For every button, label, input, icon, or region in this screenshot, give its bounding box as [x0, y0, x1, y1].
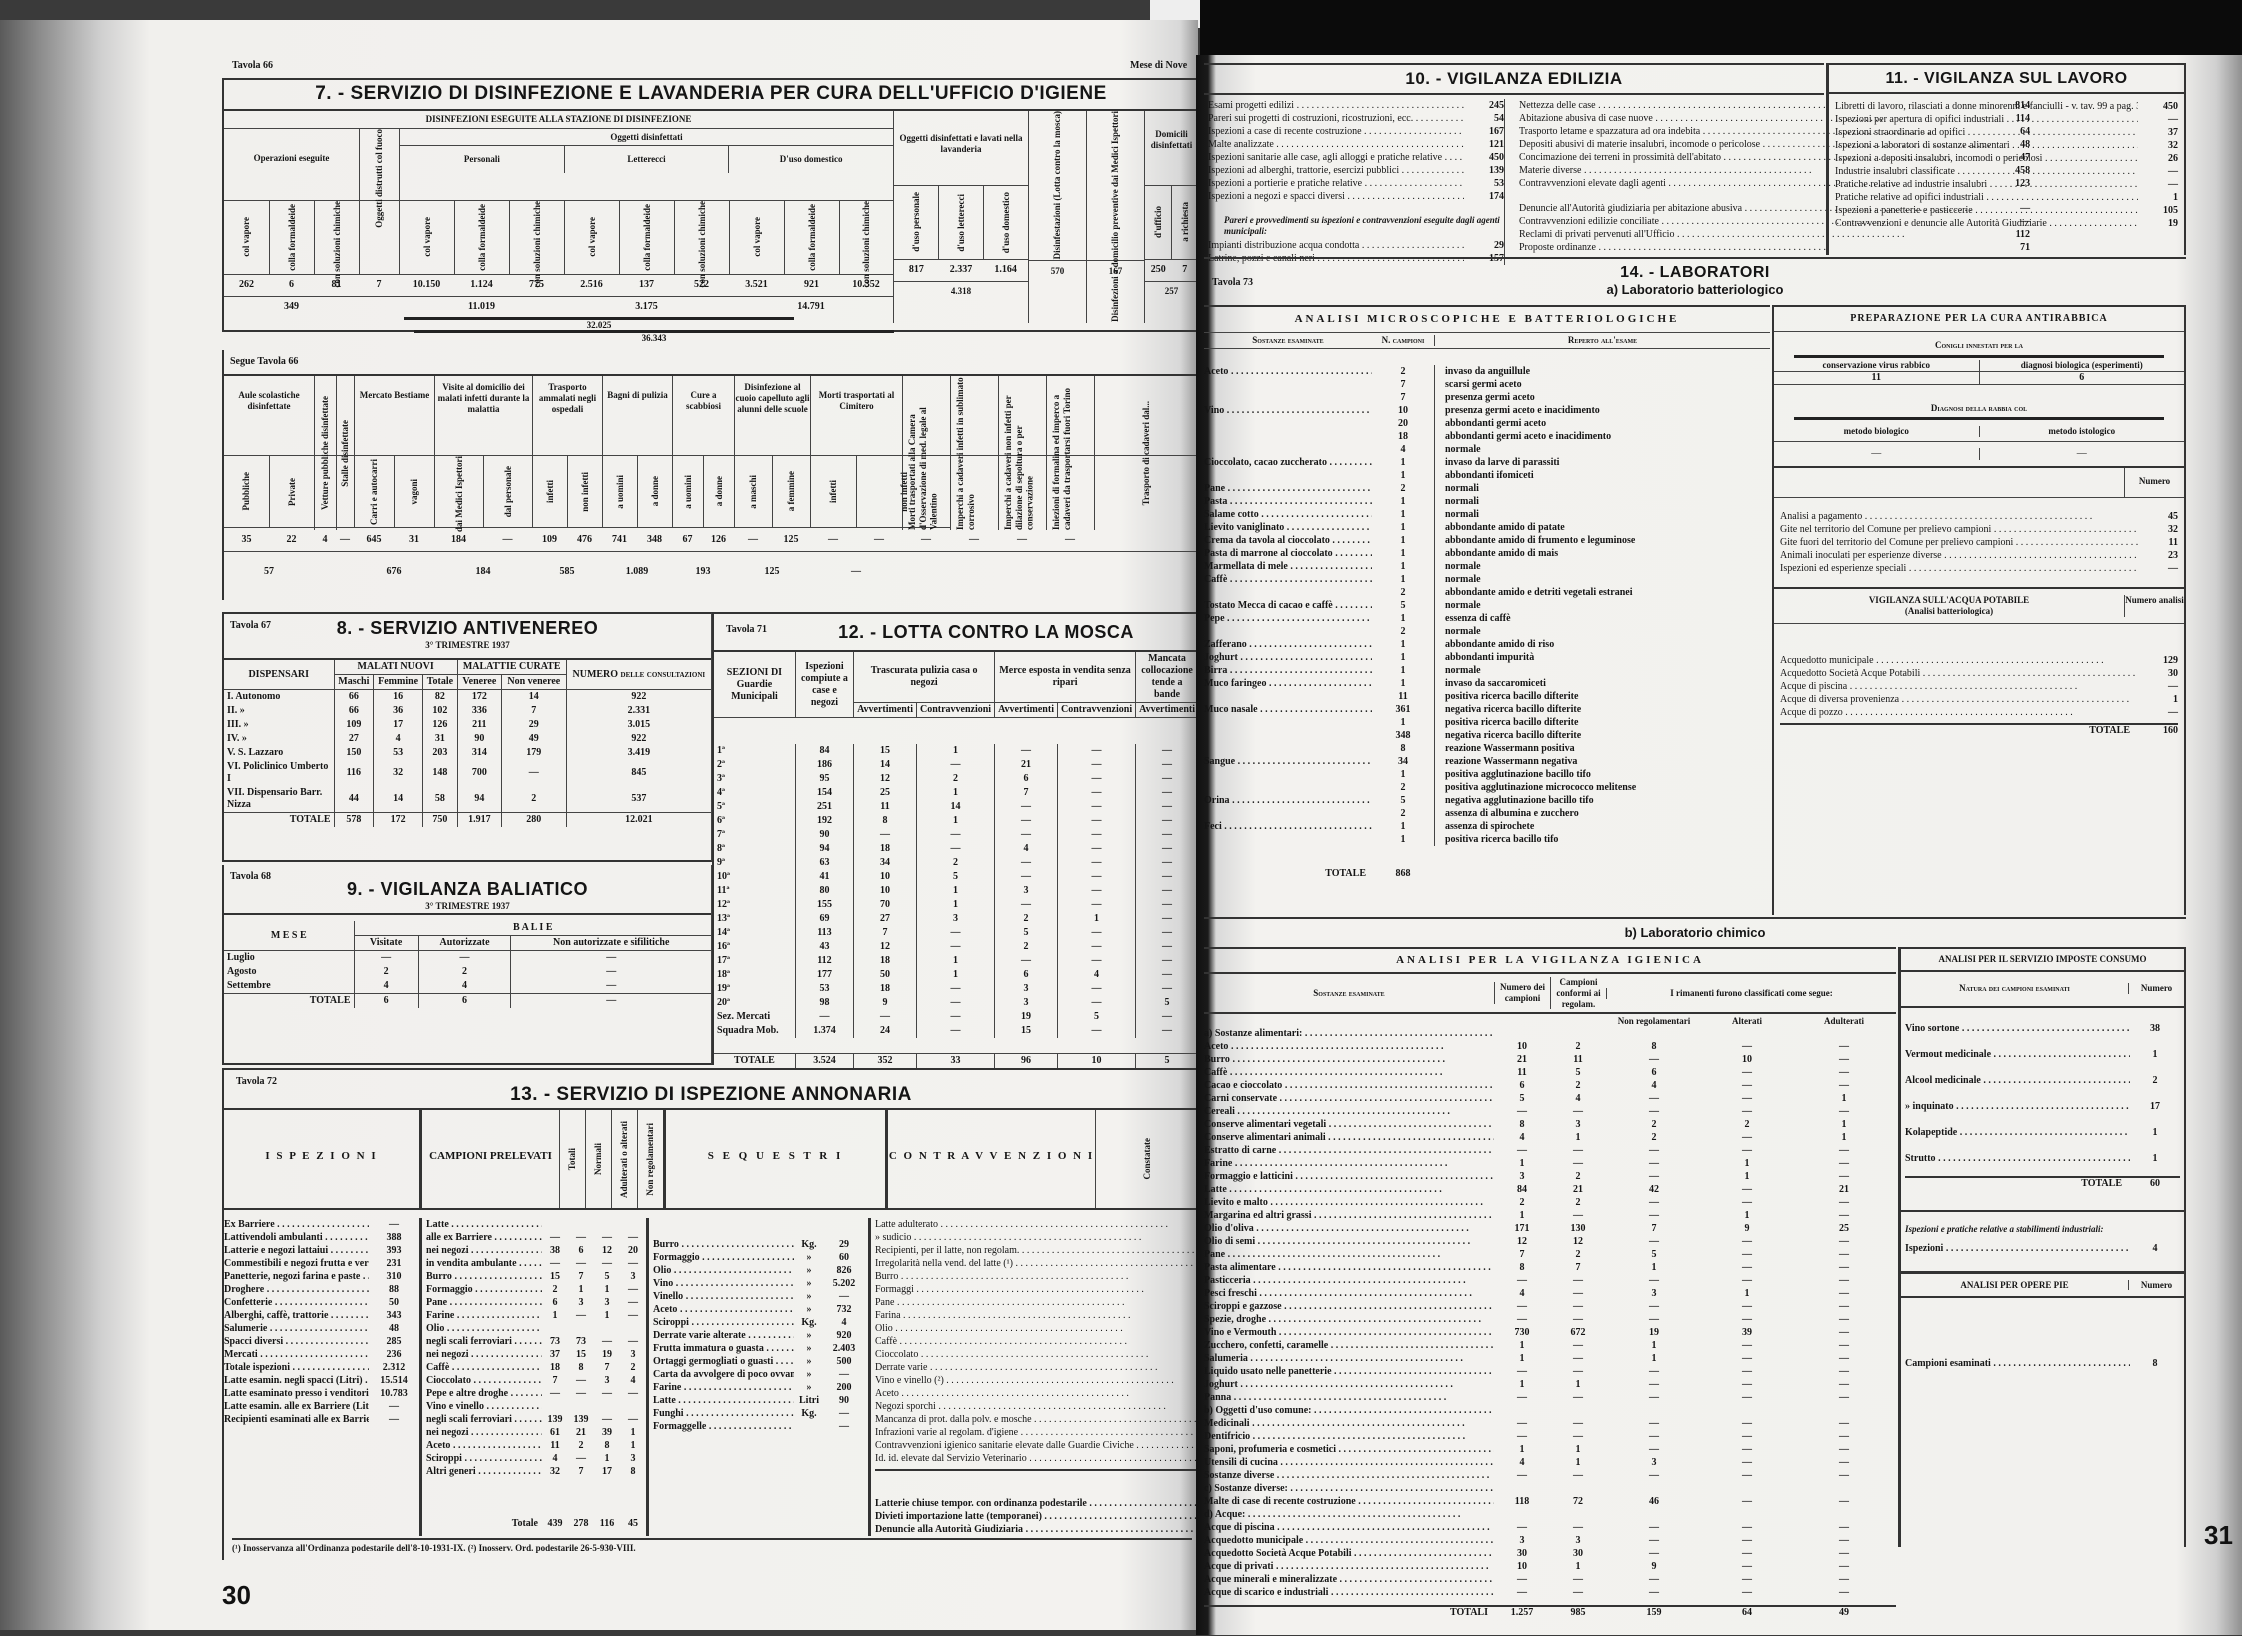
subtotal: 4.318: [894, 282, 1028, 297]
cell: —: [854, 828, 917, 842]
cell: 348: [637, 534, 672, 546]
cell: 11: [542, 1439, 568, 1452]
cell: 1: [1550, 1443, 1606, 1456]
cell: 18: [1372, 430, 1434, 443]
item-label: Ispezioni a laboratori di sostanze alime…: [1835, 139, 2138, 152]
cell: 439: [542, 1518, 568, 1530]
table-row: Sciroppi e gazzose—————: [1204, 1300, 1896, 1313]
cell: —: [1136, 828, 1198, 842]
cell: TOTALE: [1905, 1178, 2130, 1190]
cell: normale: [1434, 599, 1770, 612]
cell: Mercati: [224, 1348, 369, 1361]
cell: » inquinato: [1905, 1094, 2130, 1120]
cell: 50: [369, 1296, 419, 1309]
table-row: LatteLitri90: [653, 1394, 864, 1407]
cell: Olio: [426, 1322, 542, 1335]
col-metodo-biologico: metodo biologico: [1774, 426, 1979, 437]
cell: Zafferano: [1204, 638, 1372, 651]
cell: Latterie e negozi lattaiui: [224, 1244, 369, 1257]
cell: —: [1136, 870, 1198, 884]
cell: 1: [1372, 651, 1434, 664]
cell: 2: [1494, 1196, 1550, 1209]
cell: —: [1702, 1365, 1792, 1378]
cell: 700: [457, 760, 501, 786]
cell: 7: [1172, 264, 1199, 276]
cell: [568, 1322, 594, 1335]
item-label: Pareri sui progetti di costruzioni, rico…: [1208, 112, 1464, 125]
cell: 137: [619, 279, 674, 291]
list-item: Ispezioni sanitarie alle case, agli allo…: [1208, 151, 1504, 164]
cell: —: [1494, 1274, 1550, 1287]
cell: 314: [457, 746, 501, 760]
cell: —: [568, 1309, 594, 1322]
table-row: Conserve alimentari animali412—1: [1204, 1131, 1896, 1144]
cell: Vino e Vermouth: [1204, 1326, 1494, 1339]
cell: —: [568, 1387, 594, 1400]
table-row: 4ª1542517——: [714, 786, 1198, 800]
cell: —: [734, 534, 772, 546]
cell: 7: [501, 704, 566, 718]
sub: non infetti: [899, 472, 910, 512]
table-row: Totale ispezioni2.312: [224, 1361, 419, 1374]
cell: 21: [995, 758, 1058, 772]
cell: 17ª: [714, 954, 795, 968]
cell: —: [1606, 1053, 1702, 1066]
cell: 250: [1145, 264, 1172, 276]
cell: 2: [1372, 807, 1434, 820]
list-item: Ispezioni a negozi e spacci diversi174: [1208, 190, 1504, 203]
cell: 537: [566, 786, 711, 813]
cell: [794, 1420, 824, 1433]
cell: —: [1057, 758, 1135, 772]
cell: »: [794, 1381, 824, 1394]
cell: 2.516: [564, 279, 619, 291]
cell: abbondante amido e detriti vegetali estr…: [1434, 586, 1770, 599]
sub-col-vapore: col vapore: [587, 217, 598, 257]
col-diagnosi-biologica: diagnosi biologica (esperimenti): [1979, 360, 2185, 371]
cell: 1: [1372, 469, 1434, 482]
cell: 2.403: [824, 1342, 864, 1355]
cell: Spezie, droghe: [1204, 1313, 1494, 1326]
cell: —: [1606, 1469, 1702, 1482]
cell: —: [1550, 1144, 1606, 1157]
cell: —: [995, 800, 1058, 814]
header-row: I S P E Z I O N I CAMPIONI PRELEVATI Tot…: [224, 1110, 1198, 1210]
cell: [1792, 1482, 1896, 1495]
cell: —: [1057, 954, 1135, 968]
cell: positiva agglutinazione bacillo tifo: [1434, 768, 1770, 781]
cell: Conserve alimentari animali: [1204, 1131, 1494, 1144]
cell: 4: [1494, 1287, 1550, 1300]
cell: 5: [1057, 1010, 1135, 1024]
cell: 18: [854, 954, 917, 968]
cell: —: [369, 1413, 419, 1426]
item-value: 174: [1464, 190, 1504, 203]
cell: Latte esamin. alle ex Barriere (Litri): [224, 1400, 369, 1413]
cell: 5: [1372, 794, 1434, 807]
table-10-edilizia: 10. - VIGILANZA EDILIZIA Esami progetti …: [1204, 63, 1824, 255]
cell: normali: [1434, 495, 1770, 508]
table-row: 8reazione Wassermann positiva: [1204, 742, 1770, 755]
header-row: Aule scolastiche disinfettate Vetture pu…: [224, 374, 1198, 456]
cell: 32: [374, 760, 423, 786]
table-row: Carni conservate54——1: [1204, 1092, 1896, 1105]
cell: —: [1702, 1339, 1792, 1352]
table-9-title: 9. - VIGILANZA BALIATICO: [224, 865, 711, 901]
cell: 7: [854, 926, 917, 940]
table-row: Muco nasale361negativa ricerca bacillo d…: [1204, 703, 1770, 716]
month-label: Mese di Nove: [1130, 60, 1187, 72]
cell: —: [1792, 1040, 1896, 1053]
cell: 1: [594, 1452, 620, 1465]
cell: 72: [1550, 1495, 1606, 1508]
cell: 741: [602, 534, 637, 546]
cell: »: [794, 1303, 824, 1316]
cell: scarsi germi aceto: [1434, 378, 1770, 391]
cell: 1: [1372, 573, 1434, 586]
sub-soluzioni: con soluzioni chimiche: [697, 201, 708, 288]
cell: 1: [1606, 1339, 1702, 1352]
table-row: Margarina ed altri grassi1——1—: [1204, 1209, 1896, 1222]
item-value: 53: [1464, 177, 1504, 190]
item-label: Ispezioni a case di recente costruzione: [1208, 125, 1464, 138]
cell: —: [1702, 1586, 1792, 1599]
sub-col-vapore: col vapore: [241, 217, 252, 257]
table-row: 4normale: [1204, 443, 1770, 456]
cell: TOTALE: [714, 1054, 795, 1069]
cell: 2: [1372, 365, 1434, 378]
sub: infetti: [545, 480, 556, 503]
cell: Cioccolato, cacao zuccherato: [1204, 456, 1372, 469]
cell: —: [1792, 1586, 1896, 1599]
cell: 4: [1057, 968, 1135, 982]
item-value: 54: [1464, 112, 1504, 125]
cell: abbondante amido di frumento e leguminos…: [1434, 534, 1770, 547]
table-12-mosca: Tavola 71 12. - LOTTA CONTRO LA MOSCA SE…: [712, 612, 1198, 1065]
cell: —: [1792, 1547, 1896, 1560]
table-row: nei negozi6121391: [426, 1426, 646, 1439]
table-row: 1positiva ricerca bacillo tifo: [1204, 833, 1770, 846]
cell: abbondanti germi aceto: [1434, 417, 1770, 430]
cell: reazione Wassermann negativa: [1434, 755, 1770, 768]
cell: 148: [423, 760, 458, 786]
cell: 9: [1702, 1222, 1792, 1235]
list-item: Libretti di lavoro, rilasciati a donne m…: [1835, 100, 2178, 113]
cell: 155: [795, 898, 853, 912]
cell: negativa agglutinazione bacillo tifo: [1434, 794, 1770, 807]
cell: Acquedotto municipale: [1204, 1534, 1494, 1547]
sub: a uomini: [683, 475, 694, 509]
cell: —: [568, 1374, 594, 1387]
cell: alle ex Barriere: [426, 1231, 542, 1244]
table-row: 7ª90—————: [714, 828, 1198, 842]
cell: 10: [1494, 1040, 1550, 1053]
cell: Pane: [426, 1296, 542, 1309]
cell: nei negozi: [426, 1348, 542, 1361]
cell: 1: [1372, 768, 1434, 781]
cell: —: [1136, 898, 1198, 912]
cell: Pasta alimentare: [1204, 1261, 1494, 1274]
cell: 61: [542, 1426, 568, 1439]
item-value: 167: [1464, 125, 1504, 138]
cell: 11: [1550, 1053, 1606, 1066]
item-value: 45: [2138, 510, 2178, 523]
table-row: Settembre44—: [224, 979, 711, 994]
cell: 3: [620, 1452, 646, 1465]
cell: 5: [1136, 1054, 1198, 1069]
cell: —: [1792, 1534, 1896, 1547]
table-row: 10ª41105———: [714, 870, 1198, 884]
cell: —: [1606, 1534, 1702, 1547]
cell: [1702, 1482, 1792, 1495]
sub-formaldeide: colla formaldeide: [287, 204, 298, 271]
cell: 36: [374, 704, 423, 718]
header-lavanderia: Oggetti disinfettati e lavati nella lava…: [894, 111, 1028, 186]
cell: 12: [594, 1244, 620, 1257]
cell: reazione Wassermann positiva: [1434, 742, 1770, 755]
cell: 3: [1494, 1534, 1550, 1547]
cell: —: [1702, 1534, 1792, 1547]
cell: —: [1550, 1157, 1606, 1170]
cell: 310: [369, 1270, 419, 1283]
table-row: Vino e vinello: [426, 1400, 646, 1413]
table-row: Formaggio»60: [653, 1251, 864, 1264]
total: 585: [532, 566, 602, 578]
cell: —: [1702, 1573, 1792, 1586]
cell: [1494, 1027, 1550, 1040]
tavola-label: Tavola 67: [230, 620, 271, 632]
cell: Acque minerali e mineralizzate: [1204, 1573, 1494, 1586]
sub: dal personale: [503, 466, 514, 517]
table-row: Formaggio e latticini32—1—: [1204, 1170, 1896, 1183]
header: Imperchi a cadaveri non infetti per dila…: [1003, 376, 1043, 530]
cell: —: [620, 1231, 646, 1244]
cell: Litri: [794, 1394, 824, 1407]
cell: 1: [2130, 1042, 2180, 1068]
cell: normali: [1434, 508, 1770, 521]
cell: Farine: [1204, 1157, 1494, 1170]
cell: Kg.: [794, 1238, 824, 1251]
cell: Sciroppi: [426, 1452, 542, 1465]
table-row: Farine1—1—: [426, 1309, 646, 1322]
cell: 672: [1550, 1326, 1606, 1339]
grand-total: 36.343: [414, 330, 894, 344]
operepie-row: Campioni esaminati 8: [1901, 1358, 2184, 1370]
operepie-title: ANALISI PER OPERE PIE: [1901, 1280, 2128, 1291]
cell: 2: [1550, 1079, 1606, 1092]
cell: 64: [1702, 1607, 1792, 1619]
col-sostanze: Sostanze esaminate: [1204, 988, 1494, 999]
cell: 1: [1792, 1131, 1896, 1144]
table-row: Pasticceria—————: [1204, 1274, 1896, 1287]
cell: [1494, 1404, 1550, 1417]
table-row: Alcool medicinale2: [1905, 1068, 2180, 1094]
cell: 3.521: [729, 279, 784, 291]
col-avv: Avvertimenti: [1136, 703, 1198, 718]
cell: —: [1702, 1300, 1792, 1313]
cell: Alberghi, caffè, trattorie: [224, 1309, 369, 1322]
cell: —: [916, 828, 994, 842]
cell: —: [1057, 870, 1135, 884]
table-row: Acque minerali e mineralizzate—————: [1204, 1573, 1896, 1586]
cell: —: [568, 1257, 594, 1270]
cell: —: [824, 1407, 864, 1420]
cell: Alcool medicinale: [1905, 1068, 2130, 1094]
cell: negativa ricerca bacillo difterite: [1434, 703, 1770, 716]
table-row: 9ª63342———: [714, 856, 1198, 870]
table-row: 3ª951226——: [714, 772, 1198, 786]
cell: 2.312: [369, 1361, 419, 1374]
cell: 16ª: [714, 940, 795, 954]
sequestri-list: BurroKg.29Formaggio»60Olio»826Vino»5.202…: [646, 1218, 868, 1536]
cell: 8: [854, 814, 917, 828]
cell: 2: [354, 965, 418, 979]
list-item: Acque di piscina—: [1780, 680, 2178, 693]
cell: —: [1792, 1560, 1896, 1573]
cell: 2.337: [939, 264, 984, 276]
sub-col-vapore: col vapore: [422, 217, 433, 257]
cell: »: [794, 1368, 824, 1381]
sub: a maschi: [748, 475, 759, 509]
cell: Birra: [1204, 664, 1372, 677]
cell: Acque di scarico e industriali: [1204, 1586, 1494, 1599]
cell: 1: [1494, 1209, 1550, 1222]
sub-formaldeide: colla formaldeide: [642, 204, 653, 271]
cell: Acque di piscina: [1204, 1521, 1494, 1534]
cell: —: [511, 994, 711, 1009]
cell: TOTALE: [224, 994, 354, 1009]
cell: 12ª: [714, 898, 795, 912]
cell: 2: [995, 912, 1058, 926]
col-merce: Merce esposta in vendita senza ripari: [995, 652, 1136, 703]
cell: 177: [795, 968, 853, 982]
cell: Latte esamin. negli spacci (Litri): [224, 1374, 369, 1387]
cell: Burro: [426, 1270, 542, 1283]
cell: 3.524: [795, 1054, 853, 1069]
cell: 102: [423, 704, 458, 718]
item-value: 32: [2138, 139, 2178, 152]
cell: 2: [1550, 1196, 1606, 1209]
cell: —: [511, 951, 711, 966]
table-row: Vinello»—: [653, 1290, 864, 1303]
cell: Olio: [653, 1264, 794, 1277]
sub: Pubbliche: [241, 472, 252, 511]
table-row: Formaggelle—: [653, 1420, 864, 1433]
cell: —: [1702, 1066, 1792, 1079]
cell: —: [1494, 1300, 1550, 1313]
cell: 6: [418, 994, 511, 1009]
cell: 17: [594, 1465, 620, 1478]
cell: —: [1606, 1274, 1702, 1287]
cell: presenza germi aceto e inacidimento: [1434, 404, 1770, 417]
cell: 19: [594, 1348, 620, 1361]
col-contr: Contravvenzioni: [1057, 703, 1135, 718]
cell: 172: [374, 813, 423, 828]
imposte-ispezioni: Ispezioni 4: [1905, 1243, 2180, 1255]
cell: 5: [995, 926, 1058, 940]
col-reperto: Reperto all'esame: [1434, 335, 1770, 346]
cell: —: [1792, 1456, 1896, 1469]
header: Iniezioni di formalina ed imperco a cada…: [1051, 376, 1091, 530]
cell: 12: [1494, 1235, 1550, 1248]
cell: Pesci freschi: [1204, 1287, 1494, 1300]
item-value: 19: [2138, 217, 2178, 230]
cell: Farine: [426, 1309, 542, 1322]
cell: —: [1702, 1430, 1792, 1443]
list-item: Gite fuori del territorio del Comune per…: [1780, 536, 2178, 549]
cell: Pepe e altre droghe: [426, 1387, 542, 1400]
cell: —: [1792, 1079, 1896, 1092]
cell: 2.331: [566, 704, 711, 718]
cell: —: [1702, 1443, 1792, 1456]
table-10-title: 10. - VIGILANZA EDILIZIA: [1204, 65, 1824, 95]
cell: 192: [795, 814, 853, 828]
imposte-total: TOTALE 60: [1905, 1176, 2180, 1190]
cell: —: [1792, 1469, 1896, 1482]
cell: —: [1792, 1209, 1896, 1222]
cell: —: [795, 1010, 853, 1024]
list-item: Pareri sui progetti di costruzioni, rico…: [1208, 112, 1504, 125]
cell: [1204, 391, 1372, 404]
cell: 60: [2130, 1178, 2180, 1190]
cell: —: [1136, 926, 1198, 940]
table-row: Olio di semi1212———: [1204, 1235, 1896, 1248]
cell: 750: [423, 813, 458, 828]
cell: 21: [568, 1426, 594, 1439]
item-value: 450: [1464, 151, 1504, 164]
scan-shadow: [1200, 0, 2242, 60]
cell: —: [620, 1413, 646, 1426]
cell: Vino sortone: [1905, 1016, 2130, 1042]
cell: [1204, 729, 1372, 742]
cell: 570: [1029, 261, 1086, 277]
cell: —: [1057, 786, 1135, 800]
cell: 31: [394, 534, 434, 546]
cell: Settembre: [224, 979, 354, 994]
cell: —: [1702, 1092, 1792, 1105]
table-row: 7scarsi germi aceto: [1204, 378, 1770, 391]
cell: 4: [1494, 1456, 1550, 1469]
cell: —: [1136, 842, 1198, 856]
item-value: 23: [2138, 549, 2178, 562]
header: Vetture pubbliche disinfettate: [320, 396, 331, 510]
col-balie: B A L I E: [354, 921, 711, 936]
header-domicili: Domicili disinfettati: [1145, 111, 1198, 186]
cell: 732: [824, 1303, 864, 1316]
cell: Joghurt: [1204, 1378, 1494, 1391]
cell: 46: [1606, 1495, 1702, 1508]
cell: —: [1792, 1352, 1896, 1365]
cell: Burro: [653, 1238, 794, 1251]
cell: 69: [795, 912, 853, 926]
cell: 3: [620, 1348, 646, 1361]
item-label: Malte analizzate: [1208, 138, 1464, 151]
cell: Salumerie: [224, 1322, 369, 1335]
cell: 1: [542, 1309, 568, 1322]
cell: [1550, 1027, 1606, 1040]
cell: 90: [457, 732, 501, 746]
cell: 8ª: [714, 842, 795, 856]
right-page: 10. - VIGILANZA EDILIZIA Esami progetti …: [1196, 55, 2242, 1635]
total-row: TOTALE 6 6 —: [224, 994, 711, 1009]
cell: 30: [1494, 1547, 1550, 1560]
cell: [1792, 1027, 1896, 1040]
cell: —: [1774, 448, 1979, 460]
footnote: (¹) Inosservanza all'Ordinanza podestari…: [232, 1538, 1192, 1554]
cell: 6: [568, 1244, 594, 1257]
cell: Pasta: [1204, 495, 1372, 508]
table-row: » inquinato17: [1905, 1094, 2180, 1120]
